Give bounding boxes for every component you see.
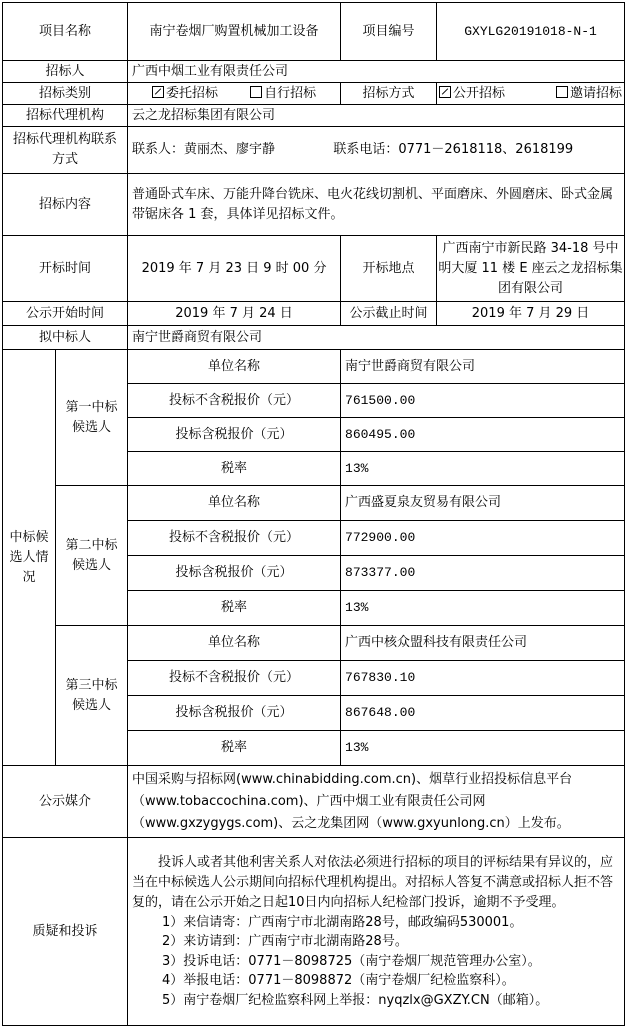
row-category-method: 招标类别 委托招标 自行招标 招标方式 公开招标 邀请招标	[3, 83, 625, 105]
publicity-end-value: 2019 年 7 月 29 日	[437, 302, 625, 326]
contact-person: 联系人：黄丽杰、廖宇静	[132, 142, 275, 157]
publicity-end-label: 公示截止时间	[341, 302, 437, 326]
candidate-1-price-inc-tax: 860495.00	[341, 418, 625, 452]
media-value: 中国采购与招标网(www.chinabidding.com.cn)、烟草行业招投…	[128, 766, 625, 838]
candidate-3-unit: 广西中核众盟科技有限责任公司	[341, 626, 625, 661]
checkbox-invited[interactable]: 邀请招标	[556, 84, 622, 104]
tax-rate-label: 税率	[128, 591, 341, 626]
proposed-winner-value: 南宁世爵商贸有限公司	[128, 326, 625, 350]
candidates-section-label: 中标候选人情况	[3, 350, 56, 766]
row-publicity: 公示开始时间 2019 年 7 月 24 日 公示截止时间 2019 年 7 月…	[3, 302, 625, 326]
unit-label: 单位名称	[128, 350, 341, 384]
candidate-3-price-ex-tax: 767830.10	[341, 661, 625, 696]
candidate-2-price-inc-tax: 873377.00	[341, 556, 625, 591]
tax-rate-label: 税率	[128, 452, 341, 486]
agency-contact-label: 招标代理机构联系方式	[3, 127, 128, 174]
complaint-channel-2: 2）来访请到：广西南宁市北湖南路28号。	[132, 932, 620, 952]
candidate-2-row-unit: 第二中标候选人 单位名称 广西盛夏泉友贸易有限公司	[3, 486, 625, 521]
complaints-label: 质疑和投诉	[3, 838, 128, 1026]
tender-content-value: 普通卧式车床、万能升降台铣床、电火花线切割机、平面磨床、外圆磨床、卧式金属带锯床…	[128, 174, 625, 236]
checkbox-self[interactable]: 自行招标	[250, 84, 316, 104]
complaint-channel-3: 3）投诉电话：0771－8098725（南宁卷烟厂规范管理办公室）。	[132, 952, 620, 972]
row-agency: 招标代理机构 云之龙招标集团有限公司	[3, 105, 625, 127]
price-inc-tax-label: 投标含税报价（元）	[128, 696, 341, 731]
row-media: 公示媒介 中国采购与招标网(www.chinabidding.com.cn)、烟…	[3, 766, 625, 838]
complaints-intro: 投诉人或者其他利害关系人对依法必须进行招标的项目的评标结果有异议的，应当在中标候…	[132, 853, 620, 913]
price-ex-tax-label: 投标不含税报价（元）	[128, 521, 341, 556]
contact-phone: 联系电话：0771－2618118、2618199	[333, 142, 573, 157]
candidate-2-price-ex-tax: 772900.00	[341, 521, 625, 556]
row-complaints: 质疑和投诉 投诉人或者其他利害关系人对依法必须进行招标的项目的评标结果有异议的，…	[3, 838, 625, 1026]
complaint-channel-1: 1）来信请寄：广西南宁市北湖南路28号，邮政编码530001。	[132, 913, 620, 933]
checkbox-label: 委托招标	[166, 86, 218, 101]
row-tenderer: 招标人 广西中烟工业有限责任公司	[3, 61, 625, 83]
agency-value: 云之龙招标集团有限公司	[128, 105, 625, 127]
unit-label: 单位名称	[128, 486, 341, 521]
price-inc-tax-label: 投标含税报价（元）	[128, 556, 341, 591]
unchecked-box-icon	[556, 86, 568, 98]
tender-content-label: 招标内容	[3, 174, 128, 236]
candidate-2-unit: 广西盛夏泉友贸易有限公司	[341, 486, 625, 521]
project-name-value: 南宁卷烟厂购置机械加工设备	[128, 3, 341, 61]
candidate-3-row-unit: 第三中标候选人 单位名称 广西中核众盟科技有限责任公司	[3, 626, 625, 661]
row-tender-content: 招标内容 普通卧式车床、万能升降台铣床、电火花线切割机、平面磨床、外圆磨床、卧式…	[3, 174, 625, 236]
candidate-1-row-unit: 中标候选人情况 第一中标候选人 单位名称 南宁世爵商贸有限公司	[3, 350, 625, 384]
checked-box-icon	[439, 86, 451, 98]
opening-place-value: 广西南宁市新民路 34-18 号中明大厦 11 楼 E 座云之龙招标集团有限公司	[437, 236, 625, 302]
candidate-2-tax-rate: 13%	[341, 591, 625, 626]
project-name-label: 项目名称	[3, 3, 128, 61]
candidate-3-tax-rate: 13%	[341, 731, 625, 766]
tax-rate-label: 税率	[128, 731, 341, 766]
opening-time-value: 2019 年 7 月 23 日 9 时 00 分	[128, 236, 341, 302]
complaint-channel-4: 4）举报电话：0771－8098872（南宁卷烟厂纪检监察科）。	[132, 971, 620, 991]
checkbox-open[interactable]: 公开招标	[439, 86, 505, 101]
row-project: 项目名称 南宁卷烟厂购置机械加工设备 项目编号 GXYLG20191018-N-…	[3, 3, 625, 61]
opening-place-label: 开标地点	[341, 236, 437, 302]
candidate-3-rank: 第三中标候选人	[56, 626, 128, 766]
price-inc-tax-label: 投标含税报价（元）	[128, 418, 341, 452]
unchecked-box-icon	[250, 86, 262, 98]
tenderer-label: 招标人	[3, 61, 128, 83]
checkbox-label: 公开招标	[453, 86, 505, 101]
row-proposed-winner: 拟中标人 南宁世爵商贸有限公司	[3, 326, 625, 350]
row-opening: 开标时间 2019 年 7 月 23 日 9 时 00 分 开标地点 广西南宁市…	[3, 236, 625, 302]
candidate-1-tax-rate: 13%	[341, 452, 625, 486]
price-ex-tax-label: 投标不含税报价（元）	[128, 661, 341, 696]
price-ex-tax-label: 投标不含税报价（元）	[128, 384, 341, 418]
checkbox-label: 自行招标	[264, 86, 316, 101]
tender-method-label: 招标方式	[341, 83, 437, 105]
proposed-winner-label: 拟中标人	[3, 326, 128, 350]
agency-label: 招标代理机构	[3, 105, 128, 127]
complaint-channel-5: 5）南宁卷烟厂纪检监察科网上举报：nyqzlx@GXZY.CN（邮箱）。	[132, 991, 620, 1011]
checkbox-entrusted[interactable]: 委托招标	[152, 84, 218, 104]
publicity-start-value: 2019 年 7 月 24 日	[128, 302, 341, 326]
candidate-1-unit: 南宁世爵商贸有限公司	[341, 350, 625, 384]
agency-contact-value: 联系人：黄丽杰、廖宇静 联系电话：0771－2618118、2618199	[128, 127, 625, 174]
tender-result-table: 项目名称 南宁卷烟厂购置机械加工设备 项目编号 GXYLG20191018-N-…	[2, 2, 625, 1026]
checkbox-label: 邀请招标	[570, 86, 622, 101]
opening-time-label: 开标时间	[3, 236, 128, 302]
candidate-3-price-inc-tax: 867648.00	[341, 696, 625, 731]
media-label: 公示媒介	[3, 766, 128, 838]
checked-box-icon	[152, 86, 164, 98]
candidate-2-rank: 第二中标候选人	[56, 486, 128, 626]
candidate-1-price-ex-tax: 761500.00	[341, 384, 625, 418]
project-number-label: 项目编号	[341, 3, 437, 61]
unit-label: 单位名称	[128, 626, 341, 661]
publicity-start-label: 公示开始时间	[3, 302, 128, 326]
row-agency-contact: 招标代理机构联系方式 联系人：黄丽杰、廖宇静 联系电话：0771－2618118…	[3, 127, 625, 174]
candidate-1-rank: 第一中标候选人	[56, 350, 128, 486]
tender-category-label: 招标类别	[3, 83, 128, 105]
complaints-value: 投诉人或者其他利害关系人对依法必须进行招标的项目的评标结果有异议的，应当在中标候…	[128, 838, 625, 1026]
tender-method-options: 公开招标 邀请招标	[437, 83, 625, 105]
tenderer-value: 广西中烟工业有限责任公司	[128, 61, 625, 83]
project-number-value: GXYLG20191018-N-1	[437, 3, 625, 61]
tender-category-options: 委托招标 自行招标	[128, 83, 341, 105]
